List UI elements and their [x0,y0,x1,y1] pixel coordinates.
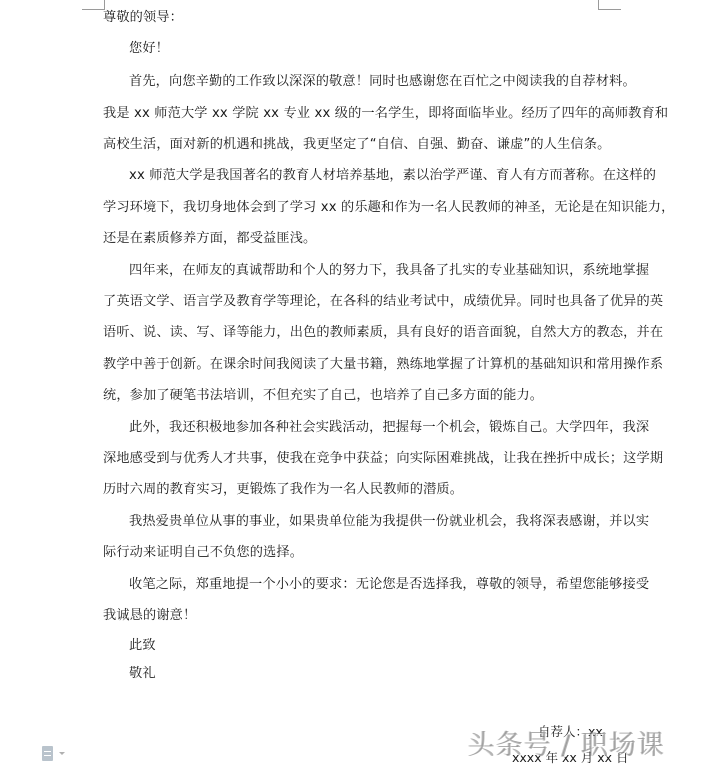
text-line: 首先，向您辛勤的工作致以深深的敬意！同时也感谢您在百忙之中阅读我的自荐材料。 [103,72,636,92]
text-line: 此外，我还积极地参加各种社会实践活动，把握每一个机会，锻炼自己。大学四年，我深 [103,418,649,438]
text-line: 际行动来证明自己不负您的选择。 [103,543,303,563]
document-icon [42,746,53,761]
closing-line: 此致 [103,636,156,656]
text-line: 我热爱贵单位从事的事业，如果贵单位能为我提供一份就业机会，我将深表感谢，并以实 [103,512,649,532]
document-page: 尊敬的领导： 您好！ 首先，向您辛勤的工作致以深深的敬意！同时也感谢您在百忙之中… [0,0,704,768]
greeting: 您好！ [103,39,169,59]
text-line: xx 师范大学是我国著名的教育人材培养基地，素以治学严谨、育人有方而著称。在这样… [103,166,656,186]
closing-line: 敬礼 [103,664,156,684]
text-line: 历时六周的教育实习，更锻炼了我作为一名人民教师的潜质。 [103,480,463,500]
text-line: 高校生活，面对新的机遇和挑战，我更坚定了“自信、自强、勤奋、谦虚”的人生信条。 [103,135,610,155]
page-margin-corner-top-left [82,0,105,10]
text-line: 收笔之际，郑重地提一个小小的要求：无论您是否选择我，尊敬的领导，希望您能够接受 [103,575,649,595]
text-line: 统，参加了硬笔书法培训，不但充实了自己，也培养了自己多方面的能力。 [103,386,543,406]
text-line: 四年来，在师友的真诚帮助和个人的努力下，我具备了扎实的专业基础知识，系统地掌握 [103,261,649,281]
text-line: 我是 xx 师范大学 xx 学院 xx 专业 xx 级的一名学生，即将面临毕业。… [103,104,668,124]
text-line: 我诚恳的谢意！ [103,606,196,626]
text-line: 了英语文学、语言学及教育学等理论，在各科的结业考试中，成绩优异。同时也具备了优异… [103,292,663,312]
text-line: 还是在素质修养方面，都受益匪浅。 [103,229,316,249]
caret-down-icon [59,752,65,755]
text-line: 教学中善于创新。在课余时间我阅读了大量书籍，熟练地掌握了计算机的基础知识和常用操… [103,355,663,375]
text-line: 深地感受到与优秀人才共事，使我在竞争中获益；向实际困难挑战，让我在挫折中成长；这… [103,449,663,469]
text-line: 学习环境下，我切身地体会到了学习 xx 的乐趣和作为一名人民教师的神圣，无论是在… [103,198,674,218]
salutation: 尊敬的领导： [103,8,183,28]
text-line: 语听、说、读、写、译等能力，出色的教师素质，具有良好的语音面貌，自然大方的教态，… [103,323,663,343]
watermark: 头条号 / 职场课 [468,723,665,762]
document-status-button[interactable] [42,746,65,761]
page-margin-corner-top-right [598,0,621,10]
